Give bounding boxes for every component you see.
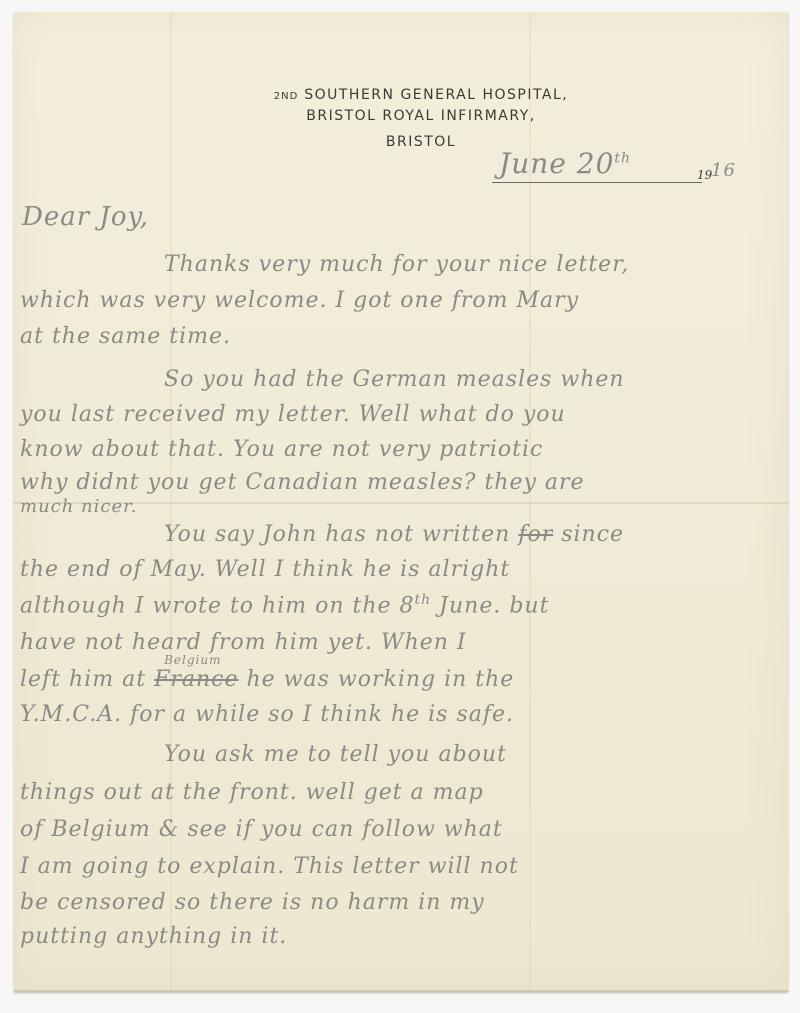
superscript-th: th bbox=[415, 592, 432, 608]
letter-line-16: things out at the front. well get a map bbox=[20, 780, 484, 805]
letterhead-ordinal: 2ND bbox=[274, 91, 299, 102]
inserted-word-belgium: Belgium bbox=[164, 653, 221, 667]
date-handwritten: June 20th bbox=[499, 147, 631, 180]
letter-line-13: left him at Belgium France he was workin… bbox=[20, 667, 514, 692]
letter-line-12: have not heard from him yet. When I bbox=[20, 630, 467, 655]
letter-line-11-end: June. but bbox=[431, 593, 549, 618]
letter-line-1: Thanks very much for your nice letter, bbox=[164, 252, 629, 277]
letter-line-20: putting anything in it. bbox=[20, 924, 287, 949]
vertical-fold-crease-left bbox=[170, 12, 172, 990]
letter-line-4: So you had the German measles when bbox=[164, 367, 625, 392]
letter-line-17: of Belgium & see if you can follow what bbox=[20, 817, 503, 842]
letter-line-7: why didnt you get Canadian measles? they… bbox=[20, 470, 585, 495]
correction-group: Belgium France bbox=[154, 667, 246, 692]
letter-line-18: I am going to explain. This letter will … bbox=[20, 854, 519, 879]
letterhead-infirmary: BRISTOL ROYAL INFIRMARY, bbox=[34, 108, 800, 124]
letter-line-5: you last received my letter. Well what d… bbox=[20, 402, 566, 427]
letterhead-hospital-text: SOUTHERN GENERAL HOSPITAL, bbox=[298, 87, 568, 103]
letter-line-9: You say John has not written for since bbox=[164, 522, 624, 547]
letter-paper: 2ND SOUTHERN GENERAL HOSPITAL, BRISTOL R… bbox=[14, 12, 788, 992]
date-suffix: th bbox=[614, 151, 631, 167]
letter-line-15: You ask me to tell you about bbox=[164, 742, 507, 767]
inserted-word-since: since bbox=[561, 522, 624, 547]
letter-line-11-text: although I wrote to him on the 8 bbox=[20, 593, 415, 618]
letter-line-2: which was very welcome. I got one from M… bbox=[20, 288, 579, 313]
letterhead-hospital-name: 2ND SOUTHERN GENERAL HOSPITAL, bbox=[34, 87, 800, 103]
letter-line-11: although I wrote to him on the 8th June.… bbox=[20, 592, 549, 618]
letter-line-14: Y.M.C.A. for a while so I think he is sa… bbox=[20, 702, 514, 727]
letter-line-6: know about that. You are not very patrio… bbox=[20, 437, 543, 462]
letter-line-3: at the same time. bbox=[20, 324, 231, 349]
date-month-day: June 20 bbox=[499, 147, 614, 180]
letterhead-city: BRISTOL bbox=[34, 134, 800, 150]
date-handwritten-year: 16 bbox=[711, 160, 736, 181]
letter-line-19: be censored so there is no harm in my bbox=[20, 890, 485, 915]
letter-line-13-text: left him at bbox=[20, 667, 146, 692]
date-printed-century: 19 bbox=[697, 168, 712, 182]
struck-word-for: for bbox=[518, 522, 553, 547]
letter-line-9-text: You say John has not written bbox=[164, 522, 510, 547]
letter-line-10: the end of May. Well I think he is alrig… bbox=[20, 557, 510, 582]
salutation: Dear Joy, bbox=[22, 202, 149, 232]
struck-word-france: France bbox=[154, 667, 238, 692]
date-underline bbox=[492, 182, 702, 183]
letter-line-8: much nicer. bbox=[20, 496, 138, 517]
letter-line-13-end: he was working in the bbox=[246, 667, 514, 692]
